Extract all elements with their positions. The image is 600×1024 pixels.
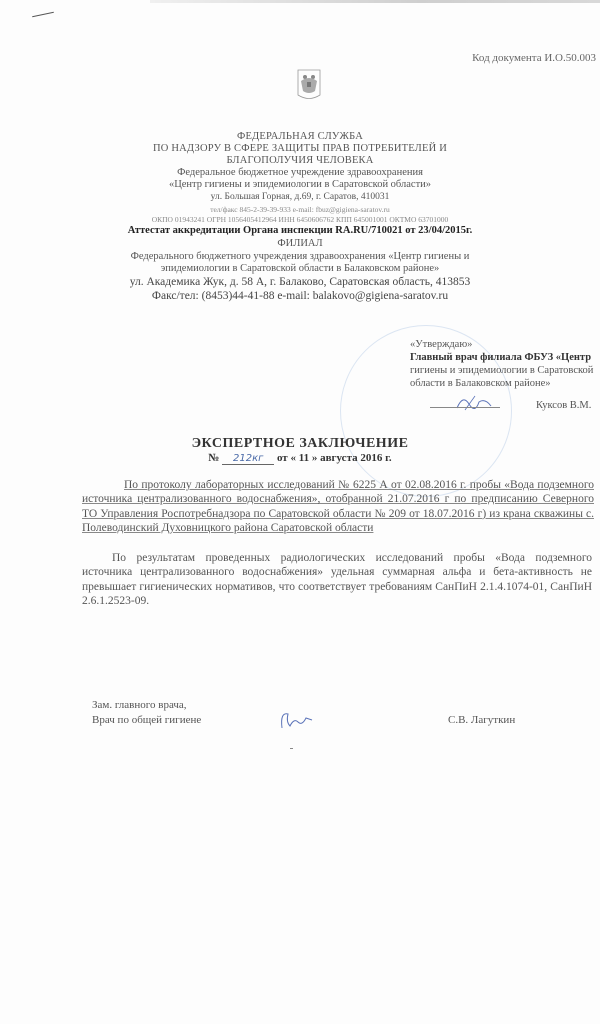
russian-coat-of-arms-icon — [297, 69, 321, 102]
ink-dot — [290, 748, 293, 749]
document-code: Код документа И.О.50.003 — [472, 52, 596, 64]
org-address: ул. Большая Горная, д.69, г. Саратов, 41… — [0, 192, 600, 204]
signature-line — [430, 407, 500, 408]
signatory-position-line-2: Врач по общей гигиене — [92, 713, 201, 728]
approval-label: «Утверждаю» — [410, 338, 600, 351]
signatory-position-line-1: Зам. главного врача, — [92, 698, 201, 713]
signature-icon — [278, 708, 314, 730]
branch-address: ул. Академика Жук, д. 58 А, г. Балаково,… — [0, 276, 600, 289]
approval-block: «Утверждаю» Главный врач филиала ФБУЗ «Ц… — [410, 338, 600, 390]
paragraph-conclusion: По результатам проведенных радиологическ… — [82, 551, 592, 608]
scan-edge — [150, 0, 600, 3]
paragraph-protocol-text: По протоколу лабораторных исследований №… — [82, 479, 594, 534]
paragraph-protocol: По протоколу лабораторных исследований №… — [82, 478, 594, 535]
org-line-1: Федеральное бюджетное учреждение здравоо… — [0, 167, 600, 179]
branch-line-1: Федерального бюджетного учреждения здрав… — [0, 251, 600, 263]
number-prefix: № — [208, 452, 219, 464]
branch-line-2: эпидемиологии в Саратовской области в Ба… — [0, 263, 600, 275]
branch-contacts: Факс/тел: (8453)44-41-88 e-mail: balakov… — [0, 290, 600, 303]
document-date: от « 11 » августа 2016 г. — [277, 452, 392, 464]
pen-mark — [32, 12, 54, 18]
signatory-name: С.В. Лагуткин — [448, 714, 515, 726]
signatory-position: Зам. главного врача, Врач по общей гигие… — [92, 698, 201, 728]
branch-label: ФИЛИАЛ — [0, 238, 600, 250]
header-line-1: ФЕДЕРАЛЬНАЯ СЛУЖБА — [0, 131, 600, 143]
approval-position-rest: гигиены и эпидемиологии в Саратовской об… — [410, 364, 600, 390]
signature-icon — [455, 392, 495, 412]
org-codes: ОКПО 01943241 ОГРН 1056405412964 ИНН 645… — [0, 215, 600, 224]
document-title: ЭКСПЕРТНОЕ ЗАКЛЮЧЕНИЕ — [0, 436, 600, 452]
document-number-line: № 212кг от « 11 » августа 2016 г. — [0, 452, 600, 465]
document-number: 212кг — [222, 453, 274, 465]
approval-position-bold: Главный врач филиала ФБУЗ «Центр — [410, 351, 600, 364]
approver-name: Куксов В.М. — [536, 400, 591, 411]
org-contacts: тел/факс 845-2-39-39-933 e-mail: fbuz@gi… — [0, 205, 600, 214]
org-line-2: «Центр гигиены и эпидемиологии в Саратов… — [0, 179, 600, 191]
header-line-2: ПО НАДЗОРУ В СФЕРЕ ЗАЩИТЫ ПРАВ ПОТРЕБИТЕ… — [0, 143, 600, 155]
paragraph-conclusion-text: По результатам проведенных радиологическ… — [82, 552, 592, 607]
header-line-3: БЛАГОПОЛУЧИЯ ЧЕЛОВЕКА — [0, 155, 600, 167]
accreditation: Аттестат аккредитации Органа инспекции R… — [0, 225, 600, 236]
